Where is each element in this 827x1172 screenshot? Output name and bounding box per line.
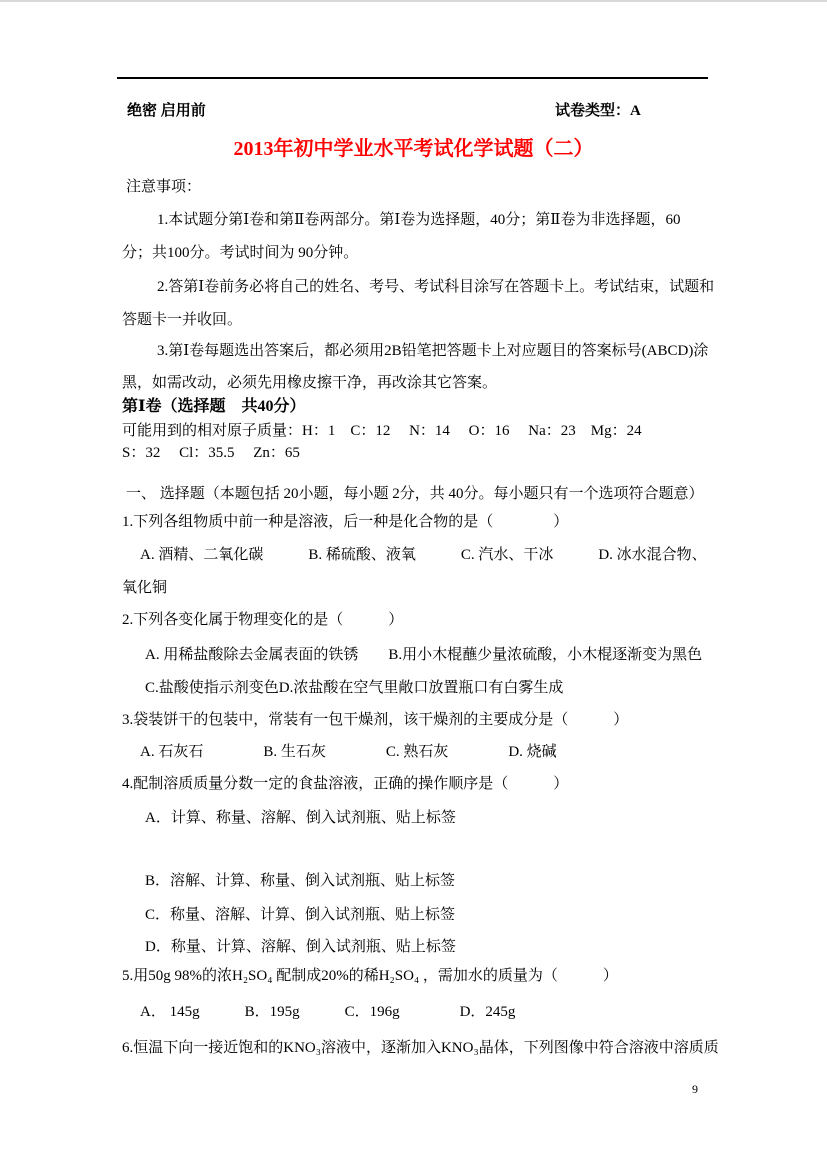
question-6-stem: 6.恒温下向一接近饱和的KNO₃溶液中，逐渐加入KNO₃晶体，下列图像中符合溶液… [122, 1038, 719, 1058]
question-4-stem: 4.配制溶质质量分数一定的食盐溶液，正确的操作顺序是（ ） [122, 774, 568, 794]
section-1-heading: 一、 选择题（本题包括 20小题，每小题 2分，共 40分。每小题只有一个选项符… [126, 484, 704, 504]
notice-item-2-line-1: 2.答第Ⅰ卷前务必将自己的姓名、考号、考试科目涂写在答题卡上。考试结束，试题和 [157, 277, 714, 297]
exam-paper-page: 绝密 启用前 试卷类型：A 2013年初中学业水平考试化学试题（二） 注意事项：… [0, 0, 827, 1172]
atomic-masses-line-1: 可能用到的相对原子质量：H：1 C：12 N：14 O：16 Na：23 Mg：… [122, 421, 642, 441]
question-3-stem: 3.袋装饼干的包装中，常装有一包干燥剂，该干燥剂的主要成分是（ ） [122, 710, 628, 730]
notice-item-3-line-1: 3.第Ⅰ卷每题选出答案后，都必须用2B铅笔把答题卡上对应题目的答案标号(ABCD… [157, 341, 708, 361]
question-5-options-line-1: A． 145g B．195g C．196g D．245g [140, 1002, 515, 1022]
atomic-masses-line-2: S：32 Cl：35.5 Zn：65 [122, 443, 300, 463]
question-4-option-a: A．计算、称量、溶解、倒入试剂瓶、贴上标签 [145, 808, 456, 828]
notice-item-1-line-2: 分；共100分。考试时间为 90分钟。 [122, 243, 358, 263]
part1-heading: 第Ⅰ卷（选择题 共40分） [122, 397, 306, 417]
question-4-option-c: C．称量、溶解、计算、倒入试剂瓶、贴上标签 [145, 905, 455, 925]
notice-item-1-line-1: 1.本试题分第Ⅰ卷和第Ⅱ卷两部分。第Ⅰ卷为选择题，40分；第Ⅱ卷为非选择题，60 [157, 210, 681, 230]
question-4-option-b: B．溶解、计算、称量、倒入试剂瓶、贴上标签 [145, 871, 455, 891]
question-1-options-line-1: A. 酒精、二氧化碳 B. 稀硫酸、液氧 C. 汽水、干冰 D. 冰水混合物、 [140, 545, 707, 565]
question-2-options-line-2: C.盐酸使指示剂变色D.浓盐酸在空气里敞口放置瓶口有白雾生成 [145, 678, 563, 698]
page-title: 2013年初中学业水平考试化学试题（二） [0, 132, 827, 161]
page-number: 9 [692, 1082, 698, 1097]
paper-type-label: 试卷类型：A [555, 101, 641, 121]
question-4-option-d: D．称量、计算、溶解、倒入试剂瓶、贴上标签 [145, 937, 456, 957]
header-rule [117, 77, 708, 79]
notice-heading: 注意事项： [126, 177, 201, 197]
confidential-label: 绝密 启用前 [127, 101, 206, 121]
notice-item-3-line-2: 黑，如需改动，必须先用橡皮擦干净，再改涂其它答案。 [122, 373, 497, 393]
notice-item-2-line-2: 答题卡一并收回。 [122, 310, 242, 330]
question-1-options-line-2: 氧化铜 [122, 578, 167, 598]
question-5-stem: 5.用50g 98%的浓H₂SO₄ 配制成20%的稀H₂SO₄ ，需加水的质量为… [122, 966, 618, 986]
question-2-options-line-1: A. 用稀盐酸除去金属表面的铁锈 B.用小木棍蘸少量浓硫酸，小木棍逐渐变为黑色 [145, 645, 702, 665]
question-1-stem: 1.下列各组物质中前一种是溶液，后一种是化合物的是（ ） [122, 512, 568, 532]
question-3-options-line-1: A. 石灰石 B. 生石灰 C. 熟石灰 D. 烧碱 [140, 742, 557, 762]
question-2-stem: 2.下列各变化属于物理变化的是（ ） [122, 610, 403, 630]
